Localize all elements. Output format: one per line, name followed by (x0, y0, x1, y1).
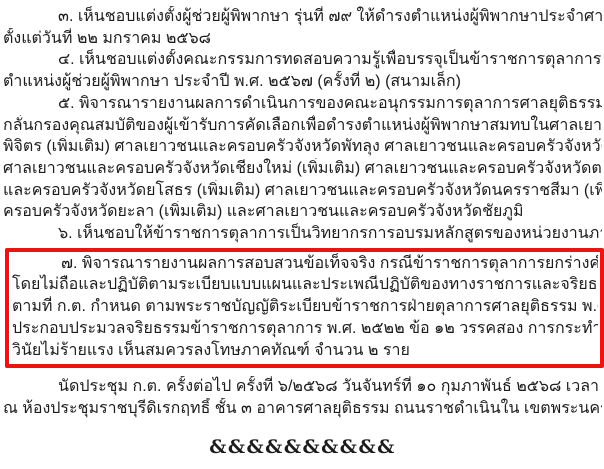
text-line: ตำแหน่งผู้ช่วยผู้พิพากษา ประจำปี พ.ศ. ๒๕… (3, 71, 602, 93)
text-line: ๗. พิจารณารายงานผลการสอบสวนข้อเท็จจริง ก… (12, 253, 598, 275)
document-body: ๓. เห็นชอบแต่งตั้งผู้ช่วยผู้พิพากษา รุ่น… (3, 6, 602, 420)
text-line: ๕. พิจารณารายงานผลการดำเนินการของคณะอนุก… (3, 93, 602, 115)
end-of-document-symbols: &&&&&&&&&& (3, 436, 602, 458)
text-line: และครอบครัวจังหวัดยโสธร (เพิ่มเติม) ศาลเ… (3, 180, 602, 202)
text-line: ๖. เห็นชอบให้ข้าราชการตุลาการเป็นวิทยากร… (3, 223, 602, 245)
agenda-item-4: ๔. เห็นชอบแต่งตั้งคณะกรรมการทดสอบความรู้… (3, 49, 602, 92)
text-line: โดยไม่ถือและปฏิบัติตามระเบียบแบบแผนและปร… (12, 274, 598, 296)
text-line: ตั้งแต่วันที่ ๒๒ มกราคม ๒๕๖๘ (3, 28, 602, 50)
document-page: ๓. เห็นชอบแต่งตั้งผู้ช่วยผู้พิพากษา รุ่น… (0, 0, 604, 469)
text-line: วินัยไม่ร้ายแรง เห็นสมควรลงโทษภาคทัณฑ์ จ… (12, 340, 598, 362)
agenda-item-6: ๖. เห็นชอบให้ข้าราชการตุลาการเป็นวิทยากร… (3, 223, 602, 245)
text-line: ๔. เห็นชอบแต่งตั้งคณะกรรมการทดสอบความรู้… (3, 49, 602, 71)
agenda-item-3: ๓. เห็นชอบแต่งตั้งผู้ช่วยผู้พิพากษา รุ่น… (3, 6, 602, 49)
text-line: ๓. เห็นชอบแต่งตั้งผู้ช่วยผู้พิพากษา รุ่น… (3, 6, 602, 28)
text-line: กลั่นกรองคุณสมบัติของผู้เข้ารับการคัดเลื… (3, 115, 602, 137)
text-line: ประกอบประมวลจริยธรรมข้าราชการตุลาการ พ.ศ… (12, 318, 598, 340)
text-line: นัดประชุม ก.ต. ครั้งต่อไป ครั้งที่ ๖/๒๕๖… (3, 376, 602, 398)
next-meeting-note: นัดประชุม ก.ต. ครั้งต่อไป ครั้งที่ ๖/๒๕๖… (3, 376, 602, 419)
agenda-item-7-highlighted: ๗. พิจารณารายงานผลการสอบสวนข้อเท็จจริง ก… (5, 248, 604, 369)
text-line: ตามที่ ก.ต. กำหนด ตามพระราชบัญญัติระเบีย… (12, 296, 598, 318)
text-line: ณ ห้องประชุมราชบุรีดิเรกฤทธิ์ ชั้น ๓ อาค… (3, 398, 602, 420)
text-line: ครอบครัวจังหวัดยะลา (เพิ่มเติม) และศาลเย… (3, 201, 602, 223)
agenda-item-5: ๕. พิจารณารายงานผลการดำเนินการของคณะอนุก… (3, 93, 602, 223)
text-line: พิจิตร (เพิ่มเติม) ศาลเยาวชนและครอบครัวจ… (3, 136, 602, 158)
text-line: ศาลเยาวชนและครอบครัวจังหวัดเชียงใหม่ (เพ… (3, 158, 602, 180)
